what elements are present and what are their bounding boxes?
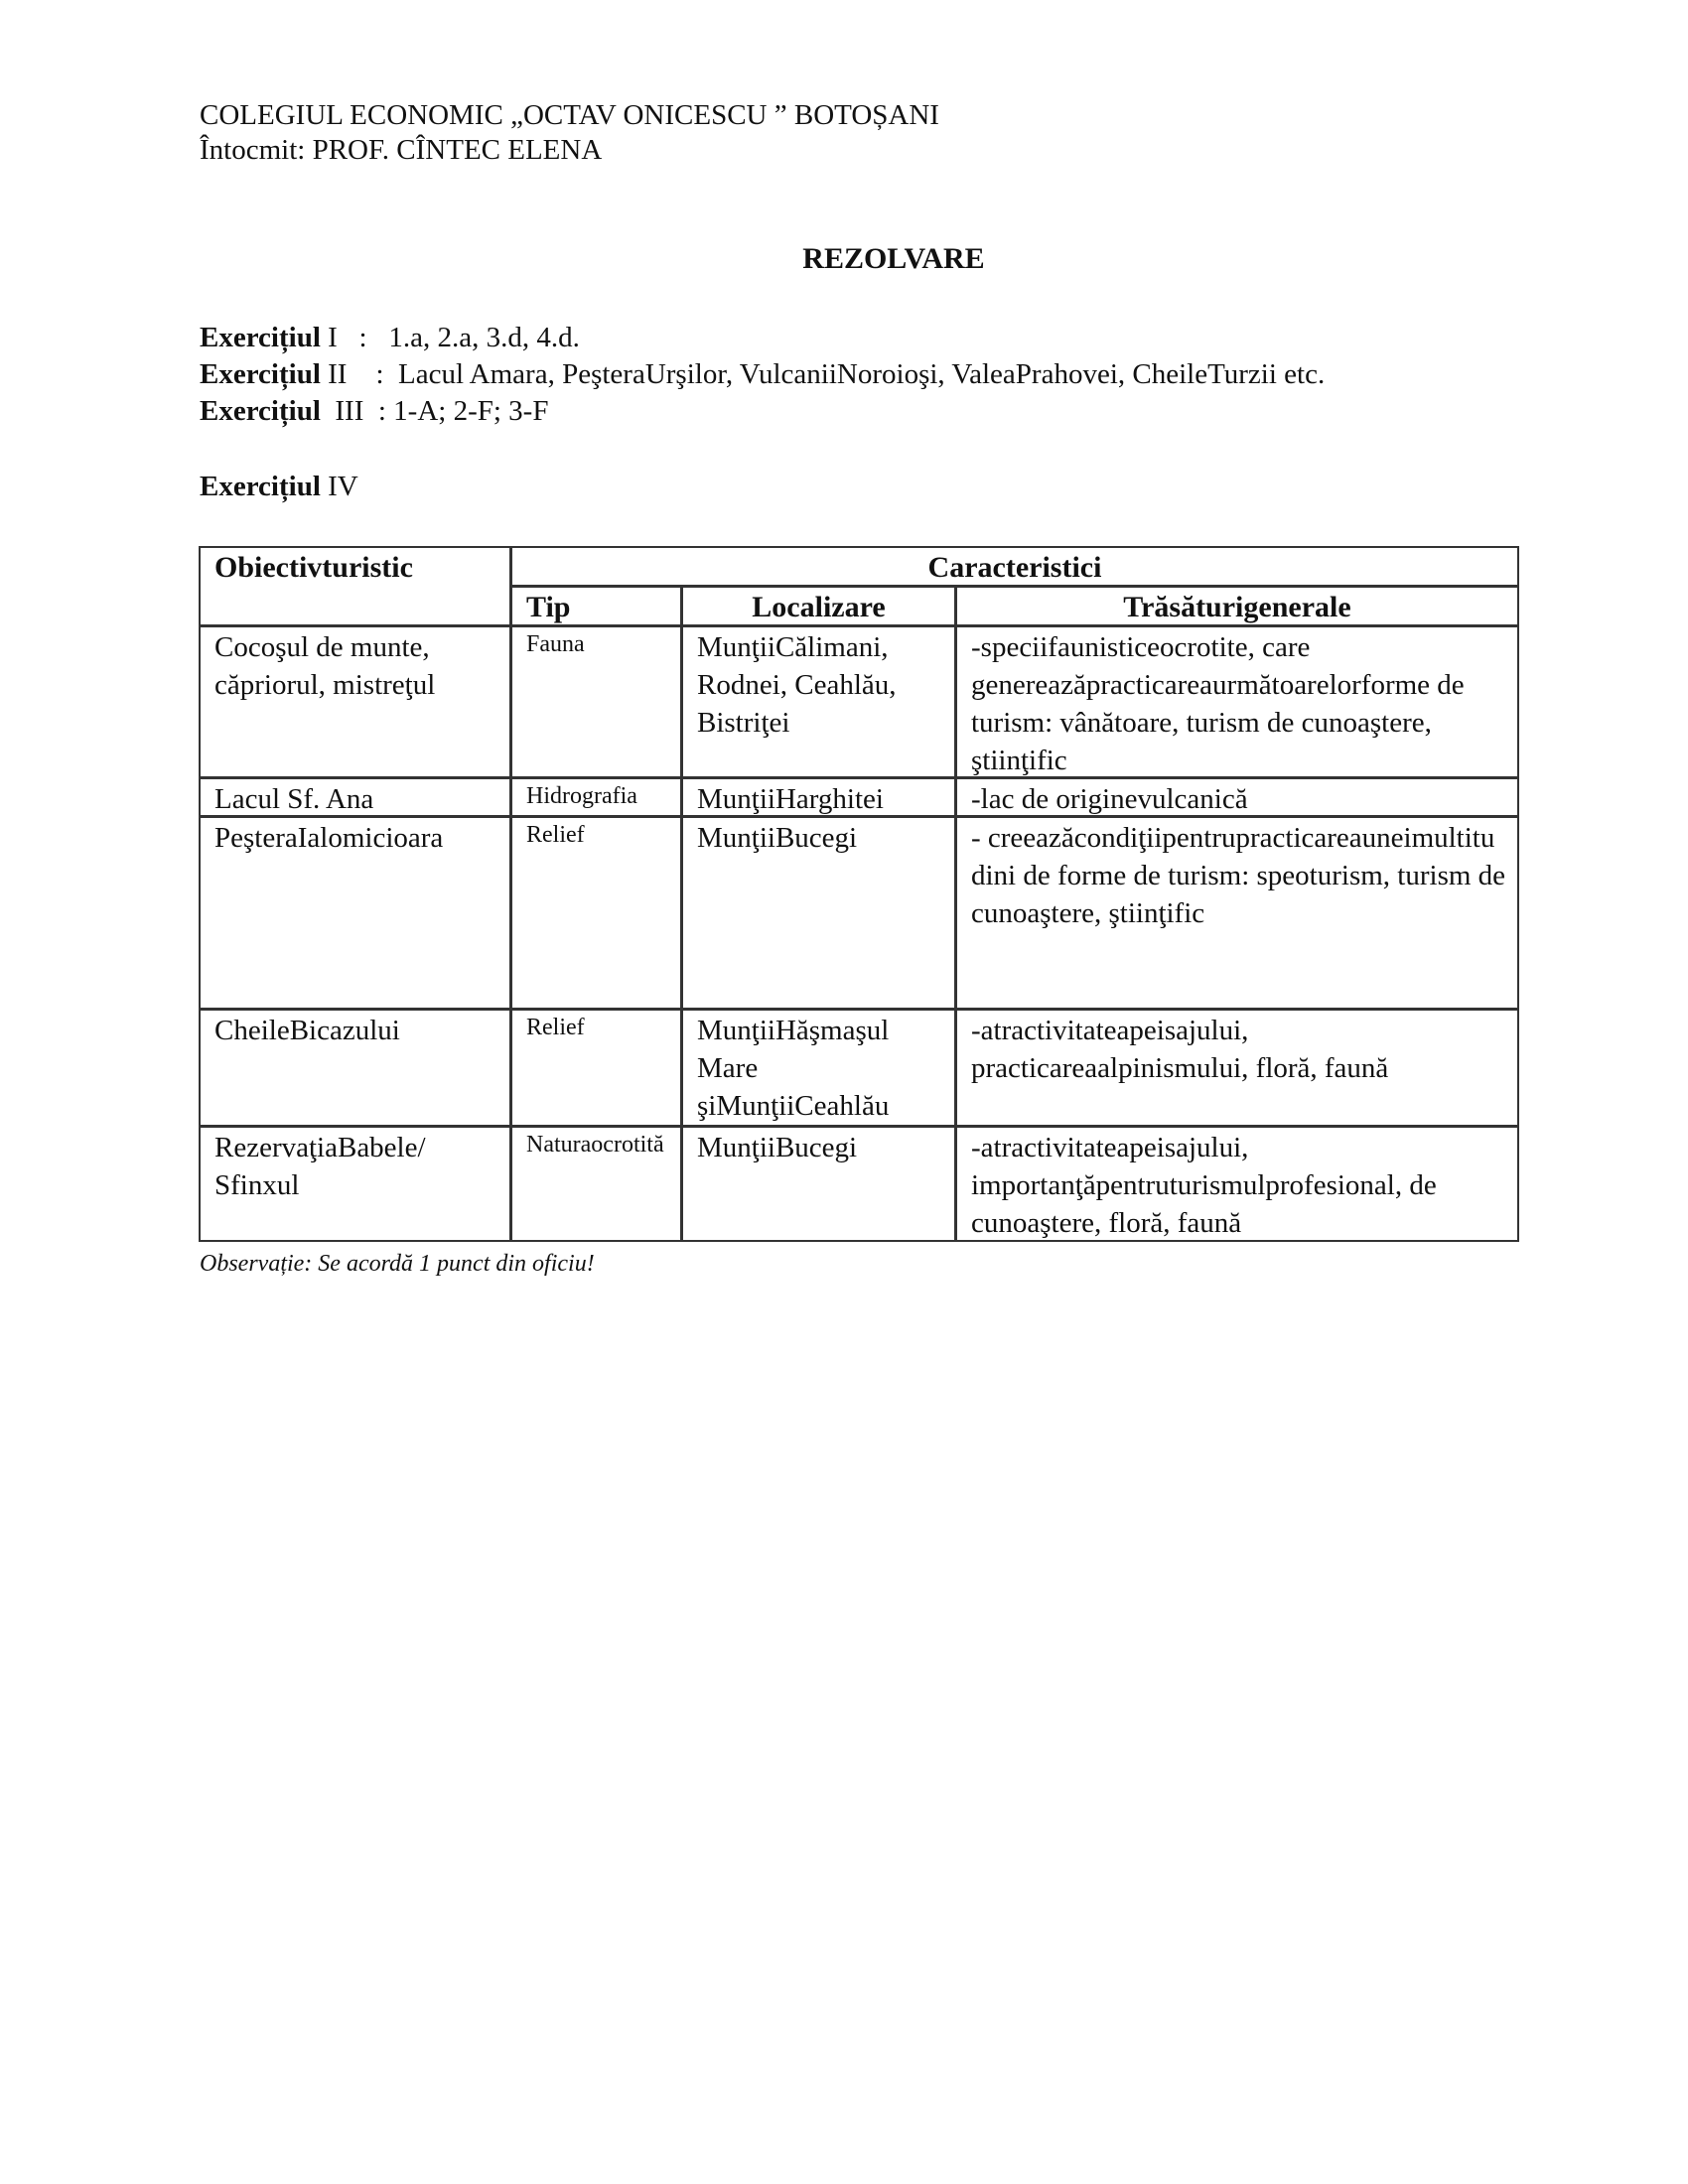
exercise-4: Exercițiul IV <box>200 469 358 504</box>
row-features-text: -speciifaunisticeocrotite, care genereaz… <box>971 628 1509 779</box>
row-objective-text: RezervaţiaBabele/ Sfinxul <box>214 1129 501 1204</box>
row-features-cell: -atractivitateapeisajului, importanţăpen… <box>955 1126 1519 1242</box>
header-characteristics: Caracteristici <box>510 546 1519 587</box>
exercise-label: Exercițiul <box>200 358 321 390</box>
page-title: REZOLVARE <box>0 241 1688 277</box>
row-location-text: MunţiiCălimani, Rodnei, Ceahlău, Bistriţ… <box>697 628 946 742</box>
row-location-cell: MunţiiCălimani, Rodnei, Ceahlău, Bistriţ… <box>681 625 956 778</box>
row-location-cell: MunţiiHăşmaşul Mare şiMunţiiCeahlău <box>681 1009 956 1127</box>
row-type-text: Relief <box>526 1013 672 1042</box>
row-type-text: Fauna <box>526 629 672 659</box>
exercise-number: II : <box>321 358 398 390</box>
exercise-label: Exercițiul <box>200 471 321 502</box>
row-objective-text: Lacul Sf. Ana <box>214 780 501 818</box>
title-text: REZOLVARE <box>802 241 984 277</box>
row-location-cell: MunţiiBucegi <box>681 1126 956 1242</box>
row-location-text: MunţiiHăşmaşul Mare şiMunţiiCeahlău <box>697 1012 946 1125</box>
row-type-cell: Naturaocrotită <box>510 1126 682 1242</box>
header-objective: Obiectivturistic <box>199 546 511 626</box>
exercise-answer: 1.a, 2.a, 3.d, 4.d. <box>388 322 580 353</box>
row-objective-text: Cocoşul de munte, căpriorul, mistreţul <box>214 628 501 704</box>
exercise-label: Exercițiul <box>200 395 321 427</box>
tourism-objectives-table: Obiectivturistic Caracteristici Tip Loca… <box>200 547 1519 1242</box>
row-features-cell: -atractivitateapeisajului, practicareaal… <box>955 1009 1519 1127</box>
row-type-cell: Relief <box>510 1009 682 1127</box>
row-objective-text: CheileBicazului <box>214 1012 501 1049</box>
exercise-2: Exercițiul II : Lacul Amara, PeşteraUrşi… <box>200 356 1325 392</box>
row-type-cell: Fauna <box>510 625 682 778</box>
row-type-text: Naturaocrotită <box>526 1130 674 1160</box>
exercise-number: III : <box>321 395 393 427</box>
row-location-cell: MunţiiHarghitei <box>681 777 956 817</box>
header-characteristics-text: Caracteristici <box>512 549 1517 587</box>
row-location-text: MunţiiHarghitei <box>697 780 946 818</box>
exercise-3: Exercițiul III : 1-A; 2-F; 3-F <box>200 393 548 429</box>
header-objective-text: Obiectivturistic <box>214 549 501 587</box>
document-page: COLEGIUL ECONOMIC „OCTAV ONICESCU ” BOTO… <box>0 0 1688 2184</box>
row-objective-cell: CheileBicazului <box>199 1009 511 1127</box>
row-type-text: Hidrografia <box>526 781 672 811</box>
exercise-label: Exercițiul <box>200 322 321 353</box>
header-features: Trăsăturigenerale <box>955 586 1519 626</box>
row-type-cell: Hidrografia <box>510 777 682 817</box>
row-objective-cell: Lacul Sf. Ana <box>199 777 511 817</box>
header-type-text: Tip <box>526 589 672 626</box>
header-features-text: Trăsăturigenerale <box>957 589 1517 626</box>
header-location: Localizare <box>681 586 956 626</box>
author-line: Întocmit: PROF. CÎNTEC ELENA <box>200 133 602 167</box>
row-features-cell: -lac de originevulcanică <box>955 777 1519 817</box>
row-features-text: -atractivitateapeisajului, importanţăpen… <box>971 1129 1509 1242</box>
row-location-text: MunţiiBucegi <box>697 1129 946 1166</box>
exercise-1: Exercițiul I : 1.a, 2.a, 3.d, 4.d. <box>200 320 580 355</box>
row-features-cell: - creeazăcondiţiipentrupracticareauneimu… <box>955 816 1519 1010</box>
row-features-cell: -speciifaunisticeocrotite, care genereaz… <box>955 625 1519 778</box>
row-features-text: - creeazăcondiţiipentrupracticareauneimu… <box>971 819 1507 932</box>
row-features-text: -lac de originevulcanică <box>971 780 1509 818</box>
exercise-number: I : <box>321 322 388 353</box>
row-location-cell: MunţiiBucegi <box>681 816 956 1010</box>
row-features-text: -atractivitateapeisajului, practicareaal… <box>971 1012 1509 1087</box>
row-objective-cell: PeşteraIalomicioara <box>199 816 511 1010</box>
institution-name: COLEGIUL ECONOMIC „OCTAV ONICESCU ” BOTO… <box>200 98 939 132</box>
observation-note: Observație: Se acordă 1 punct din oficiu… <box>200 1249 595 1279</box>
row-objective-text: PeşteraIalomicioara <box>214 819 501 857</box>
row-type-text: Relief <box>526 820 672 850</box>
header-location-text: Localizare <box>683 589 954 626</box>
exercise-answer: Lacul Amara, PeşteraUrşilor, VulcaniiNor… <box>398 358 1325 390</box>
exercise-answer: 1-A; 2-F; 3-F <box>393 395 548 427</box>
exercise-number: IV <box>321 471 358 502</box>
header-type: Tip <box>510 586 682 626</box>
row-location-text: MunţiiBucegi <box>697 819 946 857</box>
row-type-cell: Relief <box>510 816 682 1010</box>
row-objective-cell: Cocoşul de munte, căpriorul, mistreţul <box>199 625 511 778</box>
row-objective-cell: RezervaţiaBabele/ Sfinxul <box>199 1126 511 1242</box>
